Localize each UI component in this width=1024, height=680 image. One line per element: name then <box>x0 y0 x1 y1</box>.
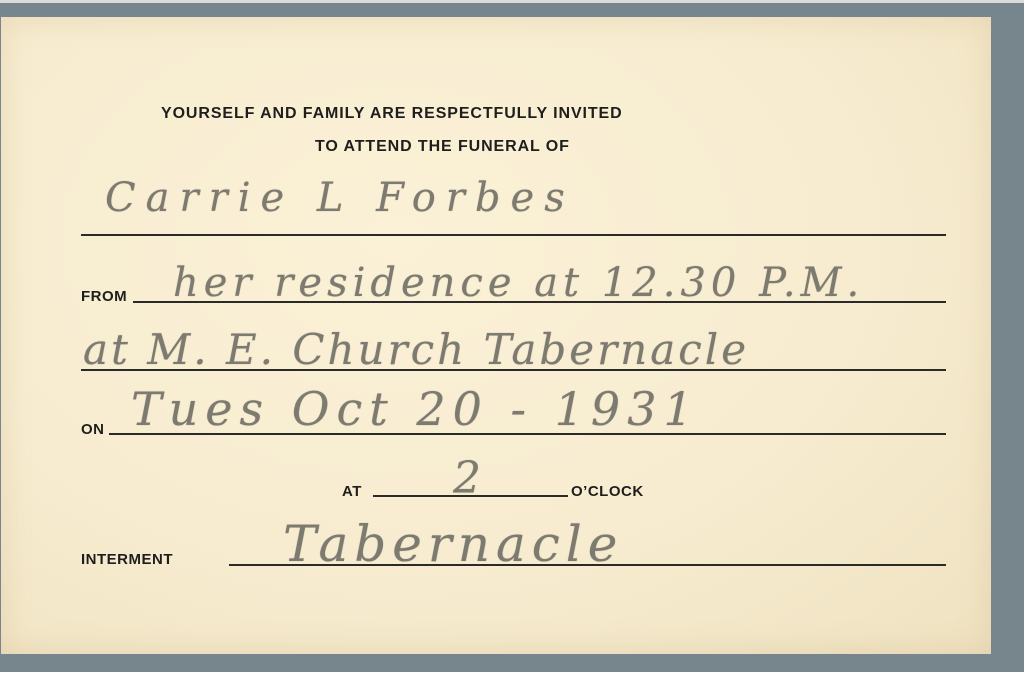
funeral-invitation-card: YOURSELF AND FAMILY ARE RESPECTFULLY INV… <box>1 17 991 654</box>
interment-line <box>229 564 946 566</box>
at-label: AT <box>342 483 362 500</box>
interment-label: INTERMENT <box>81 551 173 568</box>
heading-line-1: YOURSELF AND FAMILY ARE RESPECTFULLY INV… <box>161 105 623 123</box>
from-line-2 <box>81 369 946 371</box>
on-line <box>109 433 946 435</box>
on-label: ON <box>81 421 105 438</box>
name-line <box>81 234 946 236</box>
scan-edge <box>0 0 1024 3</box>
date-value: Tues Oct 20 - 1931 <box>131 382 700 436</box>
from-label: FROM <box>81 288 127 305</box>
deceased-name: Carrie L Forbes <box>105 175 575 221</box>
from-value-line2: at M. E. Church Tabernacle <box>83 325 749 374</box>
oclock-label: O’CLOCK <box>571 483 644 500</box>
time-line <box>373 495 568 497</box>
from-line <box>133 301 946 303</box>
heading-line-2: TO ATTEND THE FUNERAL OF <box>315 138 570 156</box>
from-value-line1: her residence at 12.30 P.M. <box>173 260 864 306</box>
